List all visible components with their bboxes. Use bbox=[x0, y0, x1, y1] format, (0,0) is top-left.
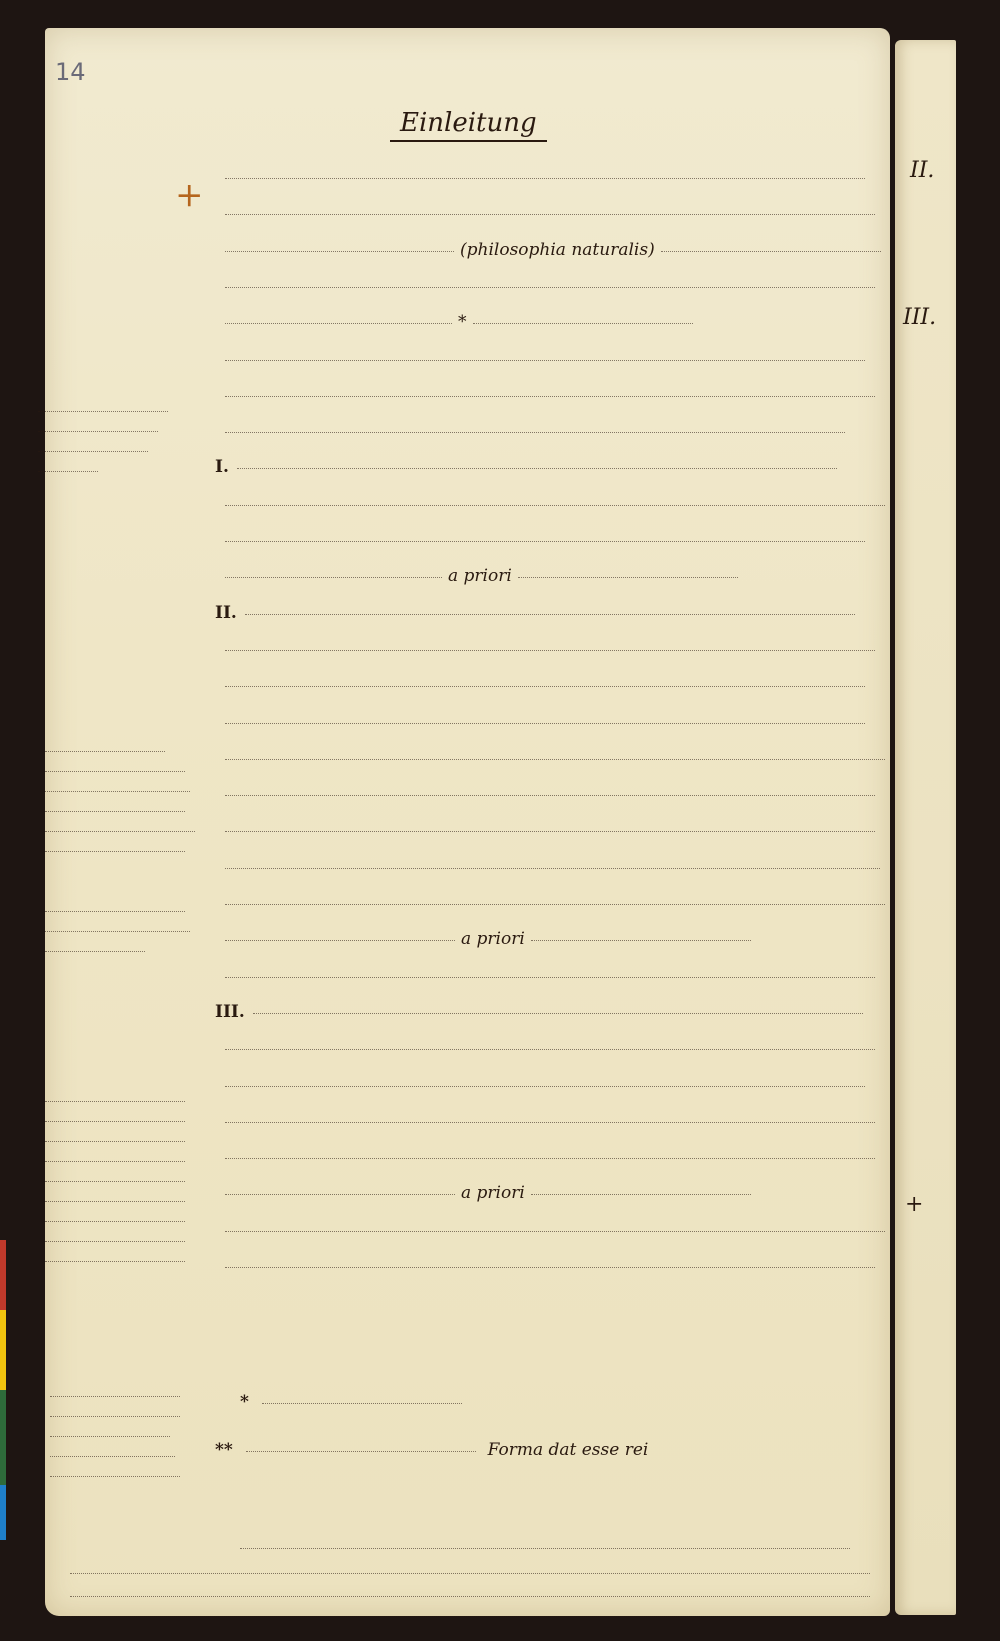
right-leaf-marker-ii: II. bbox=[910, 158, 934, 183]
margin-note-5 bbox=[50, 1385, 200, 1485]
illegible-text bbox=[661, 249, 881, 252]
manuscript-line: I. bbox=[215, 455, 875, 479]
adjacent-leaf-edge bbox=[895, 40, 956, 1615]
manuscript-line bbox=[225, 637, 885, 661]
manuscript-line bbox=[225, 1218, 885, 1242]
illegible-text bbox=[531, 938, 751, 941]
illegible-text bbox=[225, 902, 885, 905]
legible-text: a priori bbox=[461, 1183, 525, 1203]
manuscript-line bbox=[225, 383, 885, 407]
illegible-text bbox=[262, 1401, 462, 1404]
illegible-text bbox=[225, 793, 875, 796]
illegible-text bbox=[70, 1571, 870, 1574]
illegible-text bbox=[225, 829, 875, 832]
manuscript-line: III. bbox=[215, 1000, 875, 1024]
manuscript-line bbox=[225, 746, 885, 770]
manuscript-line bbox=[225, 855, 885, 879]
illegible-text bbox=[225, 176, 865, 179]
manuscript-line bbox=[225, 419, 885, 443]
legible-text: a priori bbox=[448, 566, 512, 586]
manuscript-line bbox=[225, 528, 885, 552]
legible-text: * bbox=[458, 312, 467, 332]
calibration-yellow bbox=[0, 1310, 6, 1390]
illegible-text bbox=[246, 1449, 476, 1452]
illegible-text bbox=[225, 757, 885, 760]
margin-note-3 bbox=[45, 900, 205, 960]
manuscript-line: II. bbox=[215, 601, 875, 625]
illegible-text bbox=[531, 1192, 751, 1195]
right-leaf-marker-cross: + bbox=[905, 1192, 923, 1217]
section-marker: I. bbox=[215, 457, 229, 477]
legible-text: (philosophia naturalis) bbox=[460, 240, 655, 260]
manuscript-line bbox=[225, 1073, 885, 1097]
calibration-red bbox=[0, 1240, 6, 1310]
illegible-text bbox=[225, 1156, 875, 1159]
illegible-text bbox=[225, 394, 875, 397]
illegible-text bbox=[240, 1546, 850, 1549]
illegible-text bbox=[225, 1265, 875, 1268]
illegible-text bbox=[245, 612, 855, 615]
manuscript-line: a priori bbox=[225, 1181, 885, 1205]
manuscript-line bbox=[225, 1145, 885, 1169]
illegible-text bbox=[225, 648, 875, 651]
margin-note-1 bbox=[38, 400, 188, 480]
section-marker: II. bbox=[215, 603, 237, 623]
footnote-marker: * bbox=[240, 1392, 249, 1412]
illegible-text bbox=[225, 249, 454, 252]
manuscript-line bbox=[225, 347, 885, 371]
footnote-1: * bbox=[240, 1390, 800, 1414]
manuscript-line bbox=[225, 891, 885, 915]
manuscript-line bbox=[225, 274, 885, 298]
bottom-manuscript-line bbox=[70, 1603, 690, 1627]
folio-number: 14 bbox=[55, 58, 86, 86]
latin-phrase: Forma dat esse rei bbox=[488, 1440, 649, 1460]
bottom-manuscript-line bbox=[240, 1535, 860, 1559]
illegible-text bbox=[225, 1192, 455, 1195]
illegible-text bbox=[225, 866, 880, 869]
footnote-2: ** Forma dat esse rei bbox=[215, 1438, 855, 1462]
illegible-text bbox=[225, 575, 442, 578]
manuscript-line bbox=[225, 710, 885, 734]
manuscript-line bbox=[225, 201, 885, 225]
manuscript-line: * bbox=[225, 310, 885, 334]
page-heading: Einleitung bbox=[390, 108, 547, 142]
illegible-text bbox=[70, 1614, 680, 1617]
footnote-marker: ** bbox=[215, 1440, 233, 1460]
illegible-text bbox=[253, 1011, 863, 1014]
illegible-text bbox=[225, 1084, 865, 1087]
illegible-text bbox=[237, 466, 837, 469]
right-leaf-marker-iii: III. bbox=[903, 305, 936, 330]
manuscript-line bbox=[225, 1109, 885, 1133]
illegible-text bbox=[225, 938, 455, 941]
illegible-text bbox=[70, 1594, 870, 1597]
manuscript-line: a priori bbox=[225, 927, 885, 951]
illegible-text bbox=[518, 575, 738, 578]
illegible-text bbox=[225, 212, 875, 215]
manuscript-line bbox=[225, 964, 885, 988]
margin-note-2 bbox=[45, 740, 205, 860]
legible-text: a priori bbox=[461, 929, 525, 949]
manuscript-line bbox=[225, 818, 885, 842]
manuscript-line: a priori bbox=[225, 564, 885, 588]
illegible-text bbox=[225, 1120, 875, 1123]
manuscript-line bbox=[225, 492, 885, 516]
illegible-text bbox=[225, 285, 875, 288]
manuscript-line bbox=[225, 1254, 885, 1278]
manuscript-line bbox=[225, 782, 885, 806]
illegible-text bbox=[225, 1229, 885, 1232]
illegible-text bbox=[225, 721, 865, 724]
illegible-text bbox=[225, 321, 452, 324]
illegible-text bbox=[225, 358, 865, 361]
illegible-text bbox=[225, 684, 865, 687]
illegible-text bbox=[225, 503, 885, 506]
illegible-text bbox=[225, 1047, 875, 1050]
bottom-manuscript-line bbox=[70, 1560, 880, 1584]
section-marker: III. bbox=[215, 1002, 245, 1022]
cross-mark: + bbox=[175, 175, 204, 215]
manuscript-line bbox=[225, 673, 885, 697]
illegible-text bbox=[473, 321, 693, 324]
illegible-text bbox=[225, 539, 865, 542]
manuscript-line bbox=[225, 165, 885, 189]
manuscript-line: (philosophia naturalis) bbox=[225, 238, 885, 262]
manuscript-line bbox=[225, 1036, 885, 1060]
calibration-blue bbox=[0, 1485, 6, 1540]
calibration-green bbox=[0, 1390, 6, 1485]
illegible-text bbox=[225, 430, 845, 433]
margin-note-4 bbox=[45, 1090, 205, 1270]
illegible-text bbox=[225, 975, 875, 978]
